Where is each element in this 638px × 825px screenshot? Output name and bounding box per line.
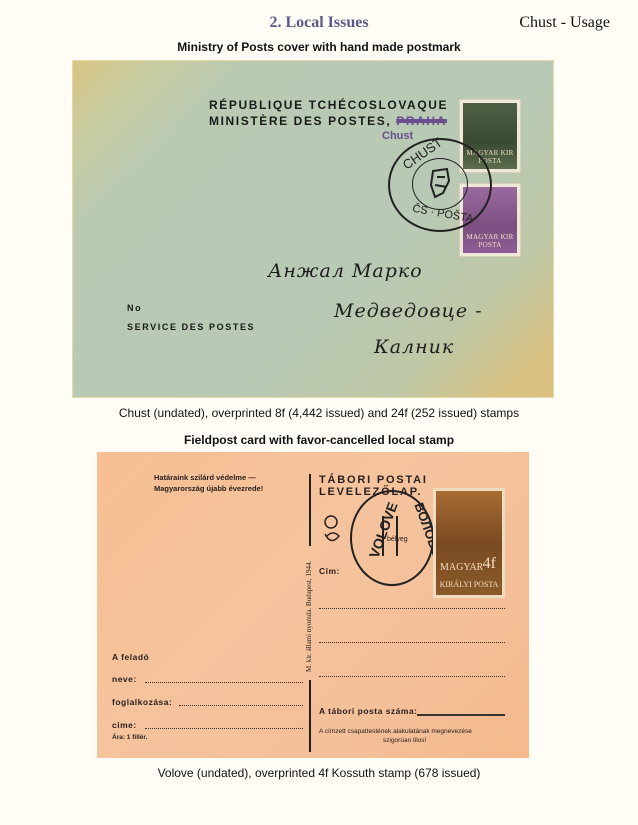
postmark-bar [396,516,398,556]
field-post-line [417,714,505,716]
address-line1: Анжал Марко [268,260,423,282]
address-line [319,676,505,677]
volove-postmark: VOLOVE ВОЛОВЕ [350,490,434,586]
foglalkozasa-line [179,705,303,706]
struck-city: PRAHA [396,114,447,128]
slogan-line1: Határaink szilárd védelme — [154,473,256,482]
fieldpost-card-image: Határaink szilárd védelme — Magyarország… [97,452,529,758]
address-line3: Калник [374,336,454,358]
neve-line [145,682,303,683]
neve-label: neve: [112,674,137,684]
posthorn-icon [319,512,343,553]
envelope-line2-prefix: MINISTÈRE DES POSTES, [209,114,391,128]
service-label: SERVICE DES POSTES [127,322,255,332]
address-line [319,608,505,609]
address-line [319,642,505,643]
foglalkozasa-label: foglalkozása: [112,697,172,707]
kossuth-stamp: MAGYAR 4f KIRÁLYI POSTA [433,488,505,598]
item2-caption: Volove (undated), overprinted 4f Kossuth… [0,766,638,780]
address-line2: Медведовце - [334,300,483,322]
purple-stamp-label: MAGYAR KIR POSTA [463,233,517,249]
printer-imprint: M. kir. állami nyomda. Budapest, 1944. [305,561,313,672]
cime-line [145,728,303,729]
cime-label: cime: [112,720,137,730]
coat-of-arms-icon [412,158,468,210]
sender-heading: A feladó [112,652,149,662]
note-line2: szigorúan tilos! [383,737,426,744]
stamp-label-line2: KIRÁLYI POSTA [436,580,502,589]
postmark-bar [382,516,384,556]
stamp-value: 4f [483,555,496,573]
field-post-label: A tábori posta száma: [319,706,418,716]
item1-heading: Ministry of Posts cover with hand made p… [0,40,638,54]
chust-postmark: CHUST ČS · POŠTA [388,138,492,232]
page-label: Chust - Usage [519,14,610,32]
card-divider-top [309,474,311,546]
envelope-line2: MINISTÈRE DES POSTES, PRAHA [209,114,447,128]
card-divider-bottom [309,680,311,752]
item2-heading: Fieldpost card with favor-cancelled loca… [0,433,638,447]
envelope-image: RÉPUBLIQUE TCHÉCOSLOVAQUE MINISTÈRE DES … [72,60,554,398]
no-label: No [127,303,142,313]
stamp-label-line1: MAGYAR [440,562,483,573]
price: Ára: 1 fillér. [112,734,147,741]
item1-caption: Chust (undated), overprinted 8f (4,442 i… [0,406,638,420]
note-line1: A címzett csapattestének alakulatának me… [319,728,472,735]
handstamp-city: Chust [382,130,413,142]
envelope-line1: RÉPUBLIQUE TCHÉCOSLOVAQUE [209,98,448,112]
slogan-line2: Magyarország újabb évezrede! [154,484,263,493]
cim-label: Cím: [319,566,340,576]
